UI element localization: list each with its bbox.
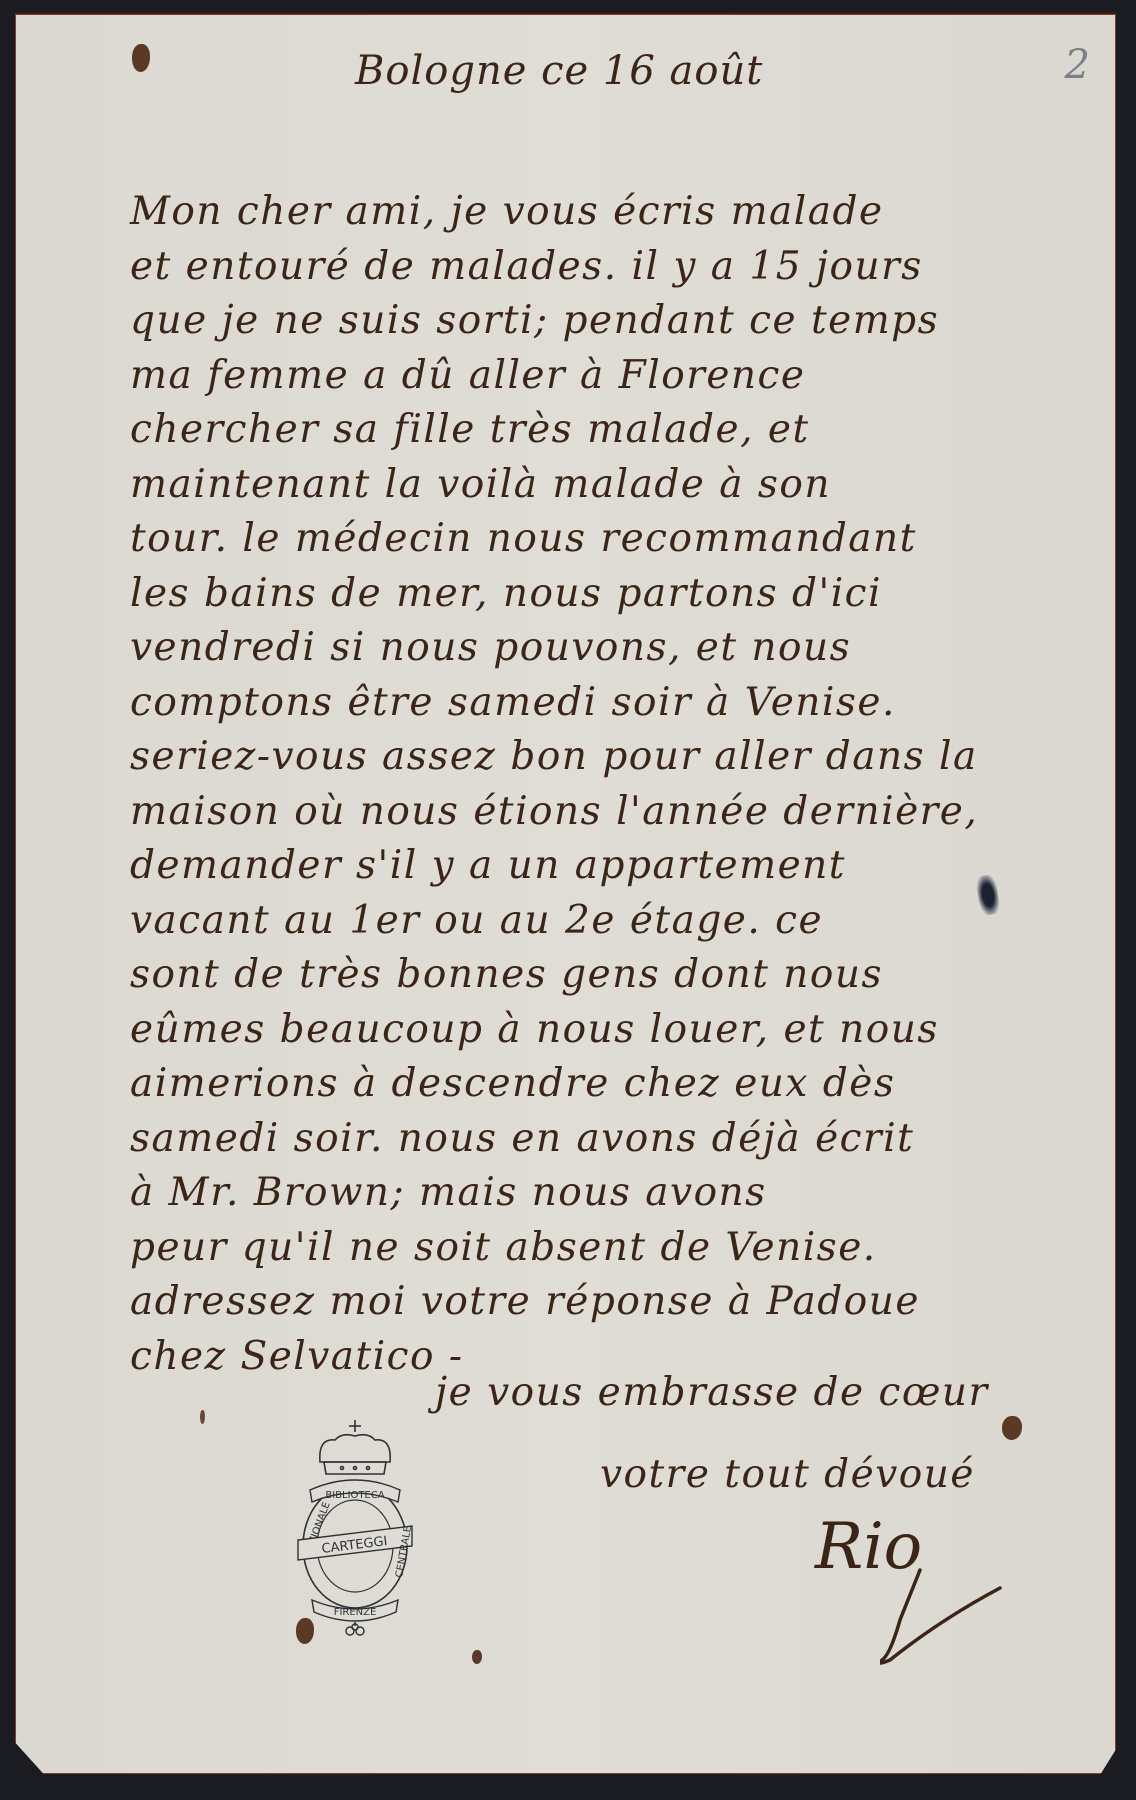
letter-closing: je vous embrasse de cœur — [435, 1370, 989, 1415]
body-line: vendredi si nous pouvons, et nous — [130, 621, 1110, 676]
body-line: aimerions à descendre chez eux dès — [130, 1057, 1110, 1112]
body-line: demander s'il y a un appartement — [130, 839, 1110, 894]
letter-body: Mon cher ami, je vous écris malade et en… — [130, 185, 1110, 1384]
letter-dateline: Bologne ce 16 août — [355, 48, 763, 94]
body-line: samedi soir. nous en avons déjà écrit — [130, 1112, 1110, 1167]
body-line: que je ne suis sorti; pendant ce temps — [130, 294, 1110, 349]
body-line: Mon cher ami, je vous écris malade — [130, 185, 1110, 240]
body-line: vacant au 1er ou au 2e étage. ce — [130, 894, 1110, 949]
body-line: maison où nous étions l'année dernière, — [130, 785, 1110, 840]
library-stamp: BIBLIOTECA NAZIONALE CARTEGGI CENTRALE F… — [290, 1418, 420, 1638]
body-line: chercher sa fille très malade, et — [130, 403, 1110, 458]
crown-icon — [320, 1420, 390, 1474]
stamp-top-band: BIBLIOTECA — [325, 1490, 384, 1501]
signature-flourish — [880, 1560, 1010, 1670]
body-line: ma femme a dû aller à Florence — [130, 349, 1110, 404]
body-line: maintenant la voilà malade à son — [130, 458, 1110, 513]
body-line: adressez moi votre réponse à Padoue — [130, 1275, 1110, 1330]
body-line: les bains de mer, nous partons d'ici — [130, 567, 1110, 622]
body-line: à Mr. Brown; mais nous avons — [130, 1166, 1110, 1221]
letter-valediction: votre tout dévoué — [600, 1452, 975, 1497]
body-line: seriez-vous assez bon pour aller dans la — [130, 730, 1110, 785]
knot-ornament-icon — [346, 1622, 364, 1635]
body-line: et entouré de malades. il y a 15 jours — [130, 240, 1110, 295]
body-line: peur qu'il ne soit absent de Venise. — [130, 1221, 1110, 1276]
body-line: sont de très bonnes gens dont nous — [130, 948, 1110, 1003]
body-line: eûmes beaucoup à nous louer, et nous — [130, 1003, 1110, 1058]
body-line: comptons être samedi soir à Venise. — [130, 676, 1110, 731]
stamp-bottom-band: FIRENZE — [334, 1607, 377, 1618]
archival-page-number: 2 — [1065, 42, 1090, 88]
body-line: tour. le médecin nous recommandant — [130, 512, 1110, 567]
